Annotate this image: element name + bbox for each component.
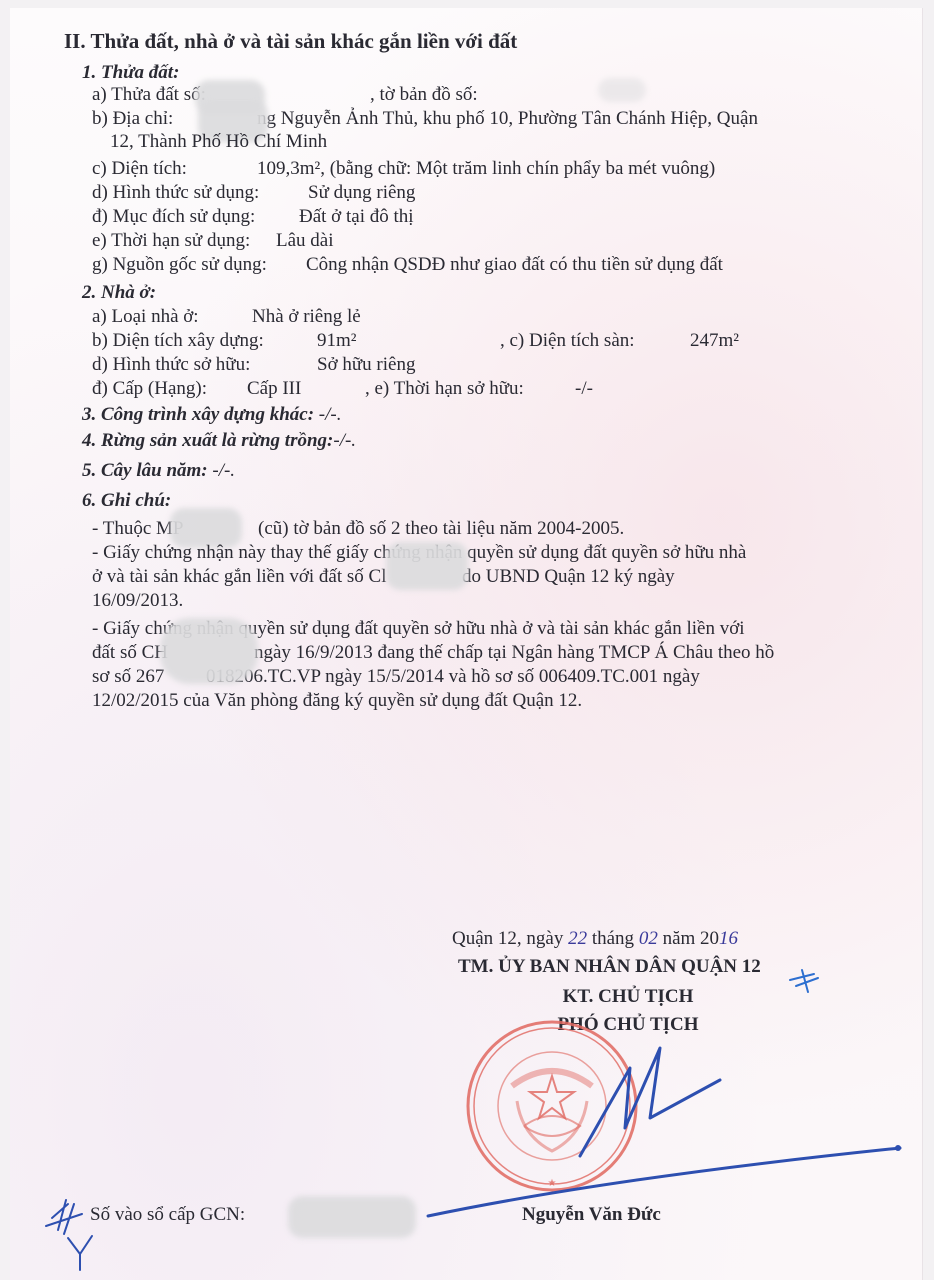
handwritten-signature-icon	[10, 8, 922, 1280]
redaction-blur	[288, 1196, 416, 1238]
registry-number-label: Số vào sổ cấp GCN:	[90, 1204, 245, 1226]
signer-name: Nguyễn Văn Đức	[522, 1204, 661, 1226]
certificate-page: II. Thửa đất, nhà ở và tài sản khác gắn …	[10, 8, 922, 1280]
